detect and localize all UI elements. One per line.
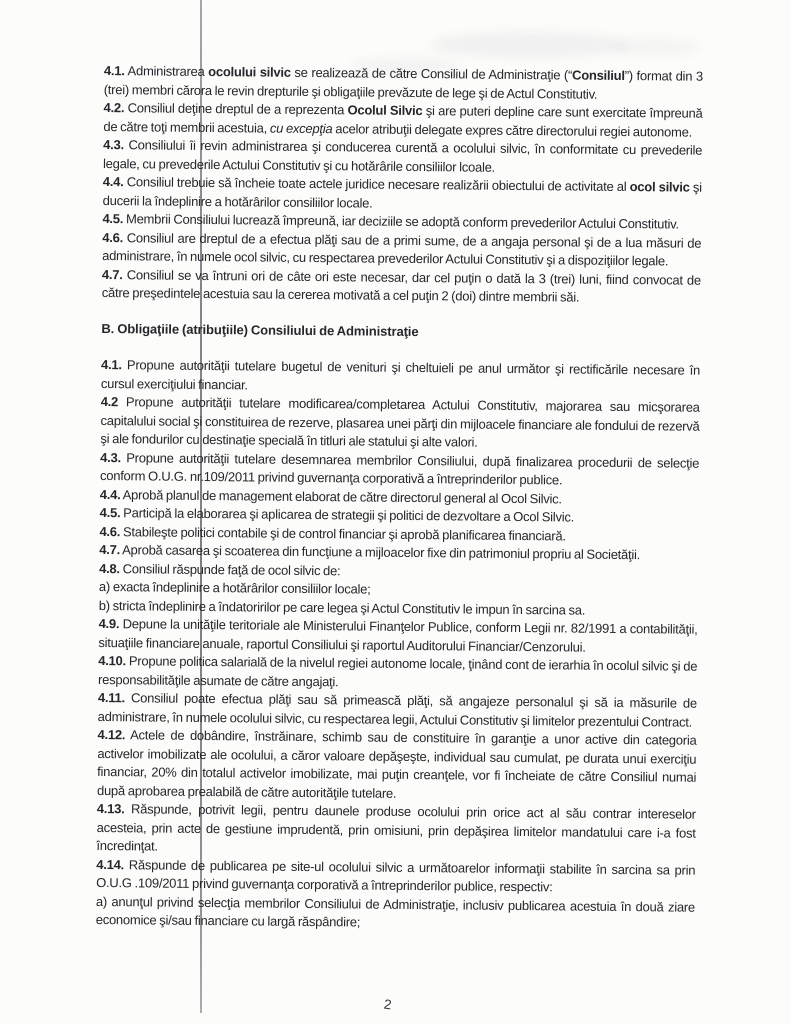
text-run: cu excepţia <box>270 120 333 136</box>
text-run: Propune autorităţii tutelare bugetul de … <box>101 357 700 392</box>
text-run: 4.8. <box>99 560 120 575</box>
text-run: Propune politica salarială de la nivelul… <box>98 653 697 689</box>
text-run: Consiliul deţine dreptul de a reprezenta <box>124 100 347 117</box>
text-run: 4.3. <box>103 137 124 152</box>
text-run: 4.7. <box>99 542 120 557</box>
paragraph: 4.1. Propune autorităţii tutelare bugetu… <box>101 356 700 399</box>
text-run: Aprobă casarea şi scoaterea din funcţiun… <box>120 542 640 562</box>
text-run: 4.13. <box>97 801 125 816</box>
text-run: Propune autorităţii tutelare desemnarea … <box>100 450 699 488</box>
text-run: a) anunţul privind selecţia membrilor Co… <box>96 893 695 929</box>
text-run: Consiliul se va întruni ori de câte ori … <box>102 267 701 305</box>
text-run: 4.2. <box>103 100 124 115</box>
text-run: 4.12. <box>97 727 125 742</box>
paragraph: 4.3. Consiliului îi revin administrarea … <box>103 136 702 179</box>
text-run: 4.1. <box>104 63 125 78</box>
text-run: Răspunde de publicarea pe site-ul ocolul… <box>96 857 695 895</box>
text-run: Administrarea <box>125 63 209 79</box>
text-run: 4.5. <box>100 505 121 520</box>
paragraph: 4.3. Propune autorităţii tutelare desemn… <box>100 448 699 491</box>
text-run: 4.9. <box>99 616 120 631</box>
section-heading: B. Obligaţiile (atribuţiile) Consiliului… <box>101 319 700 343</box>
paragraph: 4.12. Actele de dobândire, înstrăinare, … <box>97 726 697 806</box>
text-run: 4.14. <box>96 856 124 871</box>
text-run: 4.7. <box>102 266 123 281</box>
paragraph: 4.1. Administrarea ocolului silvic se re… <box>104 62 703 105</box>
text-run: Actele de dobândire, înstrăinare, schimb… <box>97 727 697 800</box>
text-run: se realizează de către Consiliul de Admi… <box>291 65 572 83</box>
document-body: 4.1. Administrarea ocolului silvic se re… <box>96 62 703 935</box>
text-run: Consiliului îi revin administrarea şi co… <box>103 137 702 174</box>
paragraph: 4.11. Consiliul poate efectua plăţi sau … <box>98 689 697 732</box>
paragraph: 4.7. Consiliul se va întruni ori de câte… <box>102 265 701 308</box>
text-run: Depune la unităţile teritoriale ale Mini… <box>98 616 697 654</box>
page-number: 2 <box>383 997 393 1013</box>
text-run: Consiliul trebuie să încheie toate actel… <box>123 174 629 194</box>
text-run: Consiliul poate efectua plăţi sau să pri… <box>98 690 697 729</box>
text-run: ocolului silvic <box>208 64 291 80</box>
text-run: ocol silvic <box>630 179 690 195</box>
text-run: 4.1. <box>101 357 122 372</box>
text-run: 4.3. <box>100 449 121 464</box>
paragraph: 4.9. Depune la unităţile teritoriale ale… <box>98 615 697 658</box>
text-run: a) exacta îndeplinire a hotărârilor cons… <box>99 579 371 597</box>
text-run: 4.4. <box>100 486 121 501</box>
text-run: 4.4. <box>103 174 124 189</box>
paragraph: a) anunţul privind selecţia membrilor Co… <box>96 892 695 935</box>
text-run: Consiliul răspunde faţă de ocol silvic d… <box>120 561 341 578</box>
text-run: 4.10. <box>98 653 126 668</box>
scan-bleedthrough-artifact <box>610 38 700 56</box>
paragraph: 4.2 Propune autorităţii tutelare modific… <box>100 393 700 454</box>
paragraph: 4.4. Consiliul trebuie să încheie toate … <box>103 173 702 216</box>
text-run: b) stricta îndeplinire a îndatoririlor p… <box>99 597 585 617</box>
text-run: acelor atribuţii delegate expres către d… <box>332 121 692 139</box>
text-run: Răspunde, potrivit legii, pentru daunele… <box>96 801 695 853</box>
paragraph: 4.14. Răspunde de publicarea pe site-ul … <box>96 855 695 898</box>
text-run: Ocolul Silvic <box>347 102 422 118</box>
paragraph: 4.10. Propune politica salarială de la n… <box>98 652 697 695</box>
text-run: Stabileşte politici contabile şi de cont… <box>120 524 566 543</box>
paragraph: 4.6. Consiliul are dreptul de a efectua … <box>102 228 701 271</box>
scan-bleedthrough-artifact <box>430 32 630 58</box>
text-run: 4.2 <box>101 394 118 409</box>
text-run: 4.6. <box>102 229 123 244</box>
paragraph: 4.13. Răspunde, potrivit legii, pentru d… <box>96 800 696 861</box>
text-run: 4.5. <box>102 211 123 226</box>
text-run: Consiliul are dreptul de a efectua plăţi… <box>102 230 701 269</box>
text-run: 4.11. <box>98 690 125 705</box>
text-run: Participă la elaborarea şi aplicarea de … <box>120 505 574 524</box>
text-run: Propune autorităţii tutelare modificarea… <box>100 394 699 449</box>
paragraph: 4.2. Consiliul deţine dreptul de a repre… <box>103 99 702 142</box>
text-run: 4.6. <box>99 523 120 538</box>
text-run: Aprobă planul de management elaborat de … <box>120 487 561 506</box>
text-run: Membrii Consiliului lucrează împreună, i… <box>123 211 679 231</box>
scanned-document-page: 4.1. Administrarea ocolului silvic se re… <box>0 0 791 1024</box>
text-run: Consiliul <box>572 67 625 83</box>
